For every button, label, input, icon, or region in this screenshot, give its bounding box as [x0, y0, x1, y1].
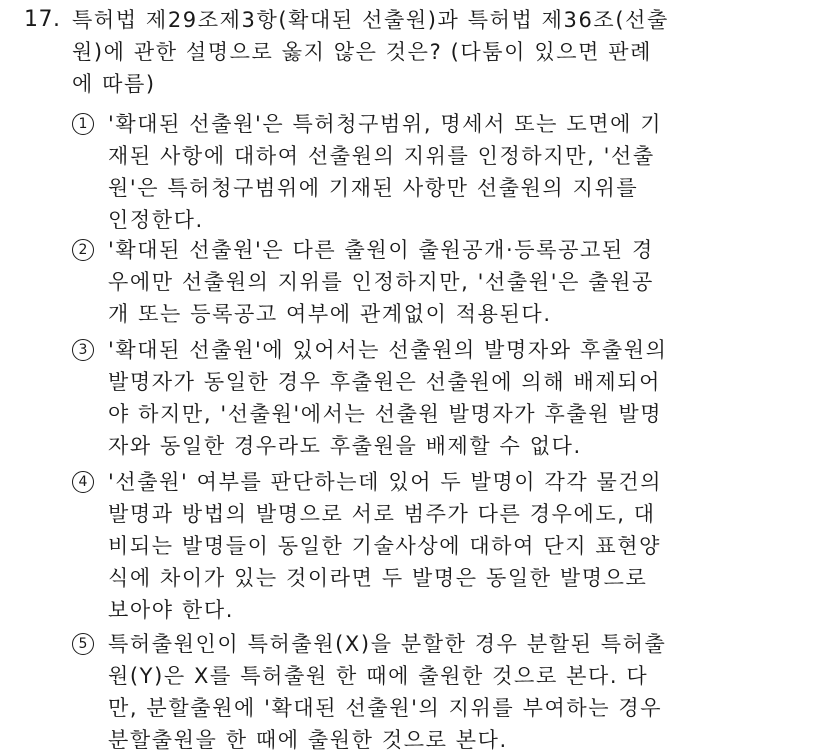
option-line: 인정한다.: [108, 204, 768, 236]
option-line: 발명자가 동일한 경우 후출원은 선출원에 의해 배제되어: [108, 366, 768, 398]
option-line: 자와 동일한 경우라도 후출원을 배제할 수 없다.: [108, 430, 768, 462]
option-line: 개 또는 등록공고 여부에 관계없이 적용된다.: [108, 298, 768, 330]
option-text: '확대된 선출원'에 있어서는 선출원의 발명자와 후출원의 발명자가 동일한 …: [108, 334, 768, 462]
question-stem: 특허법 제29조제3항(확대된 선출원)과 특허법 제36조(선출 원)에 관한…: [72, 4, 762, 100]
option-line: '확대된 선출원'은 다른 출원이 출원공개·등록공고된 경: [108, 234, 768, 266]
option-line: 보아야 한다.: [108, 594, 768, 626]
exam-page: 17. 특허법 제29조제3항(확대된 선출원)과 특허법 제36조(선출 원)…: [0, 0, 826, 754]
circled-number-4-icon: 4: [72, 471, 94, 493]
option-line: 만, 분할출원에 '확대된 선출원'의 지위를 부여하는 경우: [108, 692, 768, 724]
option-line: '확대된 선출원'은 특허청구범위, 명세서 또는 도면에 기: [108, 108, 768, 140]
option-text: '확대된 선출원'은 특허청구범위, 명세서 또는 도면에 기 재된 사항에 대…: [108, 108, 768, 236]
question-line: 에 따름): [72, 68, 762, 100]
option-line: 원(Y)은 X를 특허출원 한 때에 출원한 것으로 본다. 다: [108, 660, 768, 692]
option-line: 재된 사항에 대하여 선출원의 지위를 인정하지만, '선출: [108, 140, 768, 172]
option-line: '확대된 선출원'에 있어서는 선출원의 발명자와 후출원의: [108, 334, 768, 366]
option-line: 특허출원인이 특허출원(X)을 분할한 경우 분할된 특허출: [108, 628, 768, 660]
option-line: 분할출원을 한 때에 출원한 것으로 본다.: [108, 724, 768, 754]
option-line: 원'은 특허청구범위에 기재된 사항만 선출원의 지위를: [108, 172, 768, 204]
option-line: '선출원' 여부를 판단하는데 있어 두 발명이 각각 물건의: [108, 466, 768, 498]
option-line: 비되는 발명들이 동일한 기술사상에 대하여 단지 표현양: [108, 530, 768, 562]
circled-number-1-icon: 1: [72, 113, 94, 135]
option-text: '선출원' 여부를 판단하는데 있어 두 발명이 각각 물건의 발명과 방법의 …: [108, 466, 768, 626]
question-number: 17.: [24, 4, 61, 36]
question-line: 원)에 관한 설명으로 옳지 않은 것은? (다툼이 있으면 판례: [72, 36, 762, 68]
question-line: 특허법 제29조제3항(확대된 선출원)과 특허법 제36조(선출: [72, 4, 762, 36]
option-line: 발명과 방법의 발명으로 서로 범주가 다른 경우에도, 대: [108, 498, 768, 530]
option-text: '확대된 선출원'은 다른 출원이 출원공개·등록공고된 경 우에만 선출원의 …: [108, 234, 768, 330]
option-line: 식에 차이가 있는 것이라면 두 발명은 동일한 발명으로: [108, 562, 768, 594]
option-text: 특허출원인이 특허출원(X)을 분할한 경우 분할된 특허출 원(Y)은 X를 …: [108, 628, 768, 754]
circled-number-5-icon: 5: [72, 633, 94, 655]
circled-number-3-icon: 3: [72, 339, 94, 361]
circled-number-2-icon: 2: [72, 239, 94, 261]
option-line: 우에만 선출원의 지위를 인정하지만, '선출원'은 출원공: [108, 266, 768, 298]
option-line: 야 하지만, '선출원'에서는 선출원 발명자가 후출원 발명: [108, 398, 768, 430]
